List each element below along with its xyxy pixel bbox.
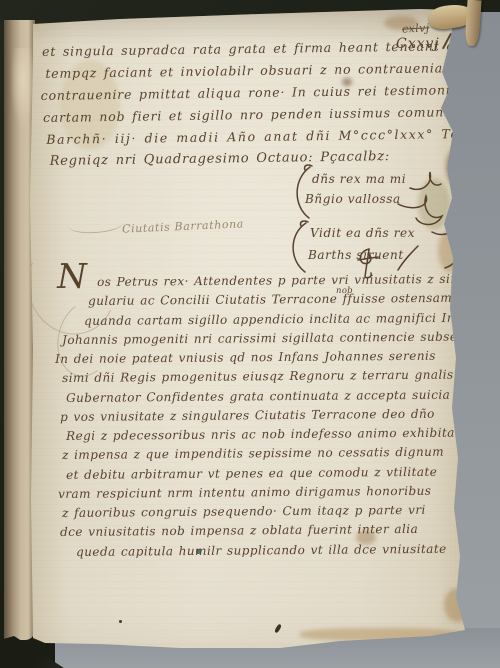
flourish-icon [394, 244, 420, 272]
margin-note-vidit-line1: Vidit ea dñs rex [310, 226, 415, 240]
initial-letter: N [57, 262, 87, 292]
manuscript-page: cxlvj Cxxvj et singula supradca rata gra… [0, 0, 500, 668]
manuscript-photo: cxlvj Cxxvj et singula supradca rata gra… [0, 0, 500, 668]
folio-number-cancelled: cxlvj [402, 21, 430, 35]
margin-note-king-line2: Bñgio vallossa [305, 192, 401, 206]
margin-note-king-line1: dñs rex ma mi [312, 172, 406, 186]
fiber-speck [119, 620, 122, 623]
brace-icon [282, 220, 312, 274]
